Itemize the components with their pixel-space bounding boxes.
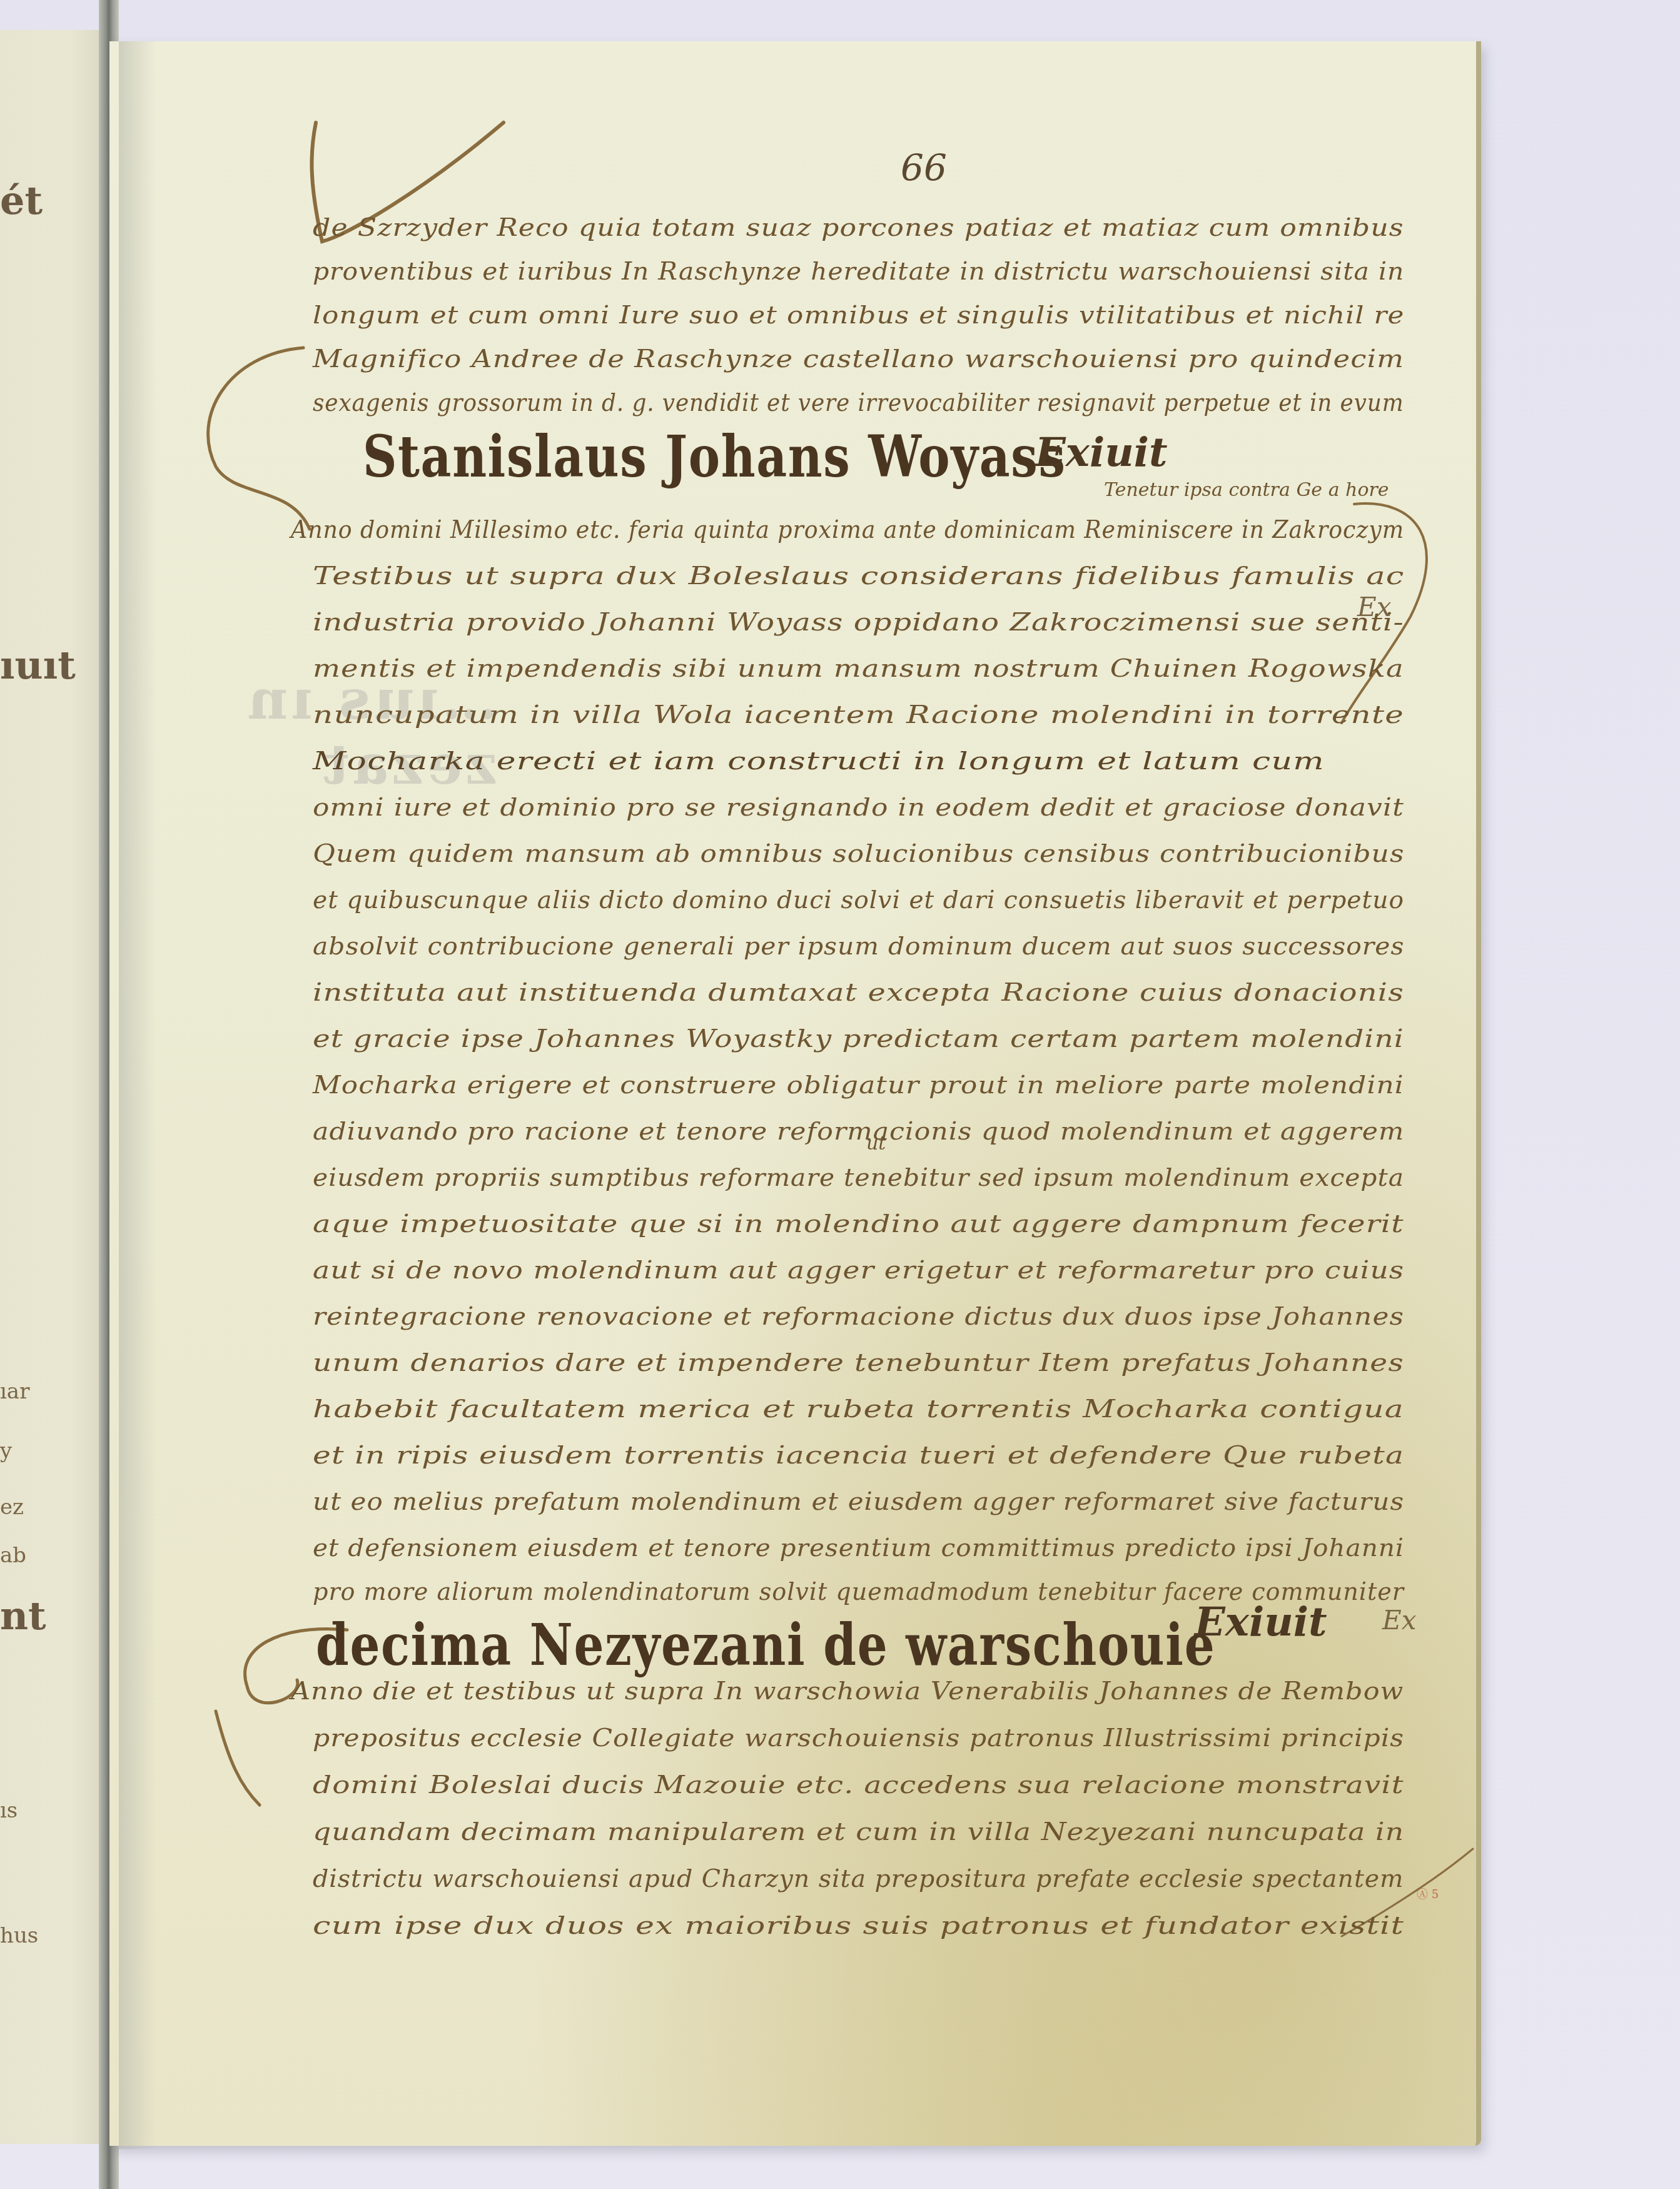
text-line: nuncupatum in villa Wola iacentem Racion…: [313, 700, 1404, 729]
left-page-fragment: ét ıuıt ıar y ez ab nt ıs hus: [0, 30, 100, 2144]
text-line: aque impetuositate que si in molendino a…: [313, 1210, 1404, 1238]
text-line: Anno domini Millesimo etc. feria quinta …: [291, 515, 1404, 544]
manuscript-folio: …ıus ın zezat 66 de Szrzyder Reco quia t…: [109, 41, 1481, 2146]
text-line: Magnifico Andree de Raschynze castellano…: [313, 345, 1404, 373]
text-line: longum et cum omni Iure suo et omnibus e…: [313, 301, 1404, 330]
status-exiuit: Exiuit: [1035, 429, 1168, 476]
text-line: et gracie ipse Johannes Woyastky predict…: [313, 1024, 1404, 1053]
text-line: sexagenis grossorum in d. g. vendidit et…: [313, 388, 1404, 417]
text-line: habebit facultatem merica et rubeta torr…: [313, 1395, 1404, 1423]
text-line: eiusdem propriis sumptibus reformare ten…: [313, 1163, 1404, 1192]
text-line: proventibus et iuribus In Raschynze here…: [313, 257, 1404, 286]
folio-number: 66: [901, 146, 947, 189]
text-line: mentis et impendendis sibi unum mansum n…: [313, 654, 1404, 683]
text-line: domini Boleslai ducis Mazouie etc. acced…: [313, 1771, 1404, 1799]
text-line: Mocharka erecti et iam constructi in lon…: [313, 747, 1325, 776]
marginal-note: Ex: [1382, 1605, 1416, 1635]
left-page-text: ét: [0, 181, 43, 220]
entry-heading: Stanislaus Johans Woyass: [363, 423, 1066, 490]
text-line: unum denarios dare et impendere tenebunt…: [313, 1348, 1404, 1377]
left-page-text: ıar: [0, 1381, 29, 1402]
text-line: cum ipse dux duos ex maioribus suis patr…: [313, 1911, 1404, 1940]
text-line: Quem quidem mansum ab omnibus solucionib…: [313, 839, 1405, 868]
red-pencil-mark: Ⓐ 5: [1417, 1889, 1439, 1901]
text-line: ut eo melius prefatum molendinum et eius…: [313, 1487, 1404, 1516]
entry-heading: decima Nezyezani de warschouie: [316, 1611, 1215, 1679]
left-page-text: hus: [0, 1925, 38, 1946]
interlinear-note: Tenetur ipsa contra Ge a hore: [1104, 479, 1389, 501]
interlinear-insert: ut: [866, 1133, 886, 1155]
text-line: Testibus ut supra dux Boleslaus consider…: [313, 562, 1405, 590]
text-line: et quibuscunque aliis dicto domino duci …: [313, 886, 1404, 914]
text-line: aut si de novo molendinum aut agger erig…: [313, 1256, 1404, 1285]
text-line: reintegracione renovacione et reformacio…: [313, 1302, 1404, 1331]
text-line: et in ripis eiusdem torrentis iacencia t…: [313, 1441, 1404, 1470]
left-page-text: ab: [0, 1545, 26, 1566]
text-line: omni iure et dominio pro se resignando i…: [313, 793, 1404, 822]
marginal-note: Ex: [1357, 592, 1391, 622]
status-exiuit: Exiuit: [1195, 1599, 1327, 1646]
text-line: adiuvando pro racione et tenore reformac…: [313, 1117, 1404, 1146]
left-page-text: nt: [0, 1597, 46, 1635]
left-page-text: ez: [0, 1497, 24, 1518]
text-line: et defensionem eiusdem et tenore present…: [313, 1534, 1404, 1562]
text-line: absolvit contribucione generali per ipsu…: [313, 932, 1404, 961]
text-line: Anno die et testibus ut supra In warscho…: [291, 1677, 1404, 1706]
text-line: Mocharka erigere et construere obligatur…: [313, 1071, 1404, 1100]
gutter-shadow: [119, 41, 156, 2149]
text-line: de Szrzyder Reco quia totam suaz porcone…: [313, 213, 1404, 242]
text-line: prepositus ecclesie Collegiate warschoui…: [313, 1724, 1404, 1752]
left-page-text: ıuıt: [0, 646, 76, 685]
text-line: districtu warschouiensi apud Charzyn sit…: [313, 1864, 1404, 1893]
left-page-text: y: [0, 1440, 12, 1462]
left-page-text: ıs: [0, 1800, 18, 1821]
text-line: industria provido Johanni Woyass oppidan…: [313, 608, 1404, 637]
text-line: quandam decimam manipularem et cum in vi…: [313, 1817, 1404, 1846]
text-line: instituta aut instituenda dumtaxat excep…: [313, 978, 1404, 1007]
